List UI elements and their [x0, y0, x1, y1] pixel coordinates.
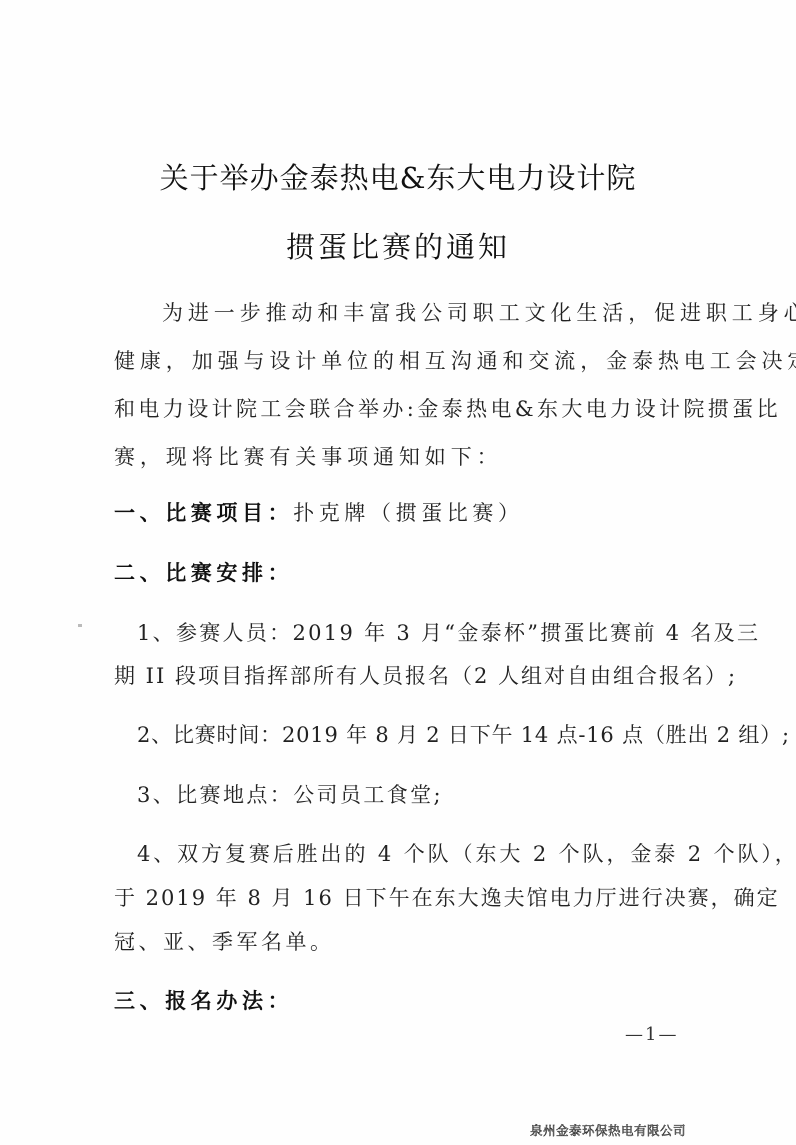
intro-paragraph-line-4: 赛，现将比赛有关事项通知如下： [114, 441, 503, 471]
document-page: 关于举办金泰热电&东大电力设计院 掼蛋比赛的通知 为进一步推动和丰富我公司职工文… [0, 0, 796, 1145]
intro-paragraph-line-2: 健康，加强与设计单位的相互沟通和交流，金泰热电工会决定 [114, 345, 796, 375]
document-title-line-2: 掼蛋比赛的通知 [0, 225, 796, 266]
page-number: —1— [625, 1024, 678, 1045]
section-3-heading: 三、报名办法： [114, 985, 293, 1015]
document-title-line-1: 关于举办金泰热电&东大电力设计院 [0, 156, 796, 197]
section-1-heading: 一、比赛项目： [114, 500, 293, 525]
arrangement-item-1-line-2: 期 II 段项目指挥部所有人员报名（2 人组对自由组合报名）; [114, 660, 737, 690]
arrangement-item-4-line-1: 4、双方复赛后胜出的 4 个队（东大 2 个队，金泰 2 个队）， [137, 838, 796, 868]
intro-paragraph-line-1: 为进一步推动和丰富我公司职工文化生活，促进职工身心 [162, 297, 796, 327]
arrangement-item-2: 2、比赛时间：2019 年 8 月 2 日下午 14 点-16 点（胜出 2 组… [137, 719, 790, 749]
arrangement-item-3: 3、比赛地点：公司员工食堂; [137, 779, 443, 809]
arrangement-item-1-line-1: 1、参赛人员：2019 年 3 月“金泰杯”掼蛋比赛前 4 名及三 [137, 617, 760, 647]
arrangement-item-4-line-2: 于 2019 年 8 月 16 日下午在东大逸夫馆电力厅进行决赛，确定 [114, 882, 780, 912]
section-1-content: 扑克牌（掼蛋比赛） [293, 501, 523, 525]
section-2-heading: 二、比赛安排： [114, 557, 293, 587]
arrangement-item-4-line-3: 冠、亚、季军名单。 [114, 926, 335, 956]
section-1: 一、比赛项目：扑克牌（掼蛋比赛） [114, 497, 524, 527]
intro-paragraph-line-3: 和电力设计院工会联合举办:金泰热电&东大电力设计院掼蛋比 [114, 393, 781, 423]
footer-company-watermark: 泉州金泰环保热电有限公司 [530, 1121, 686, 1139]
scan-artifact [78, 624, 82, 627]
